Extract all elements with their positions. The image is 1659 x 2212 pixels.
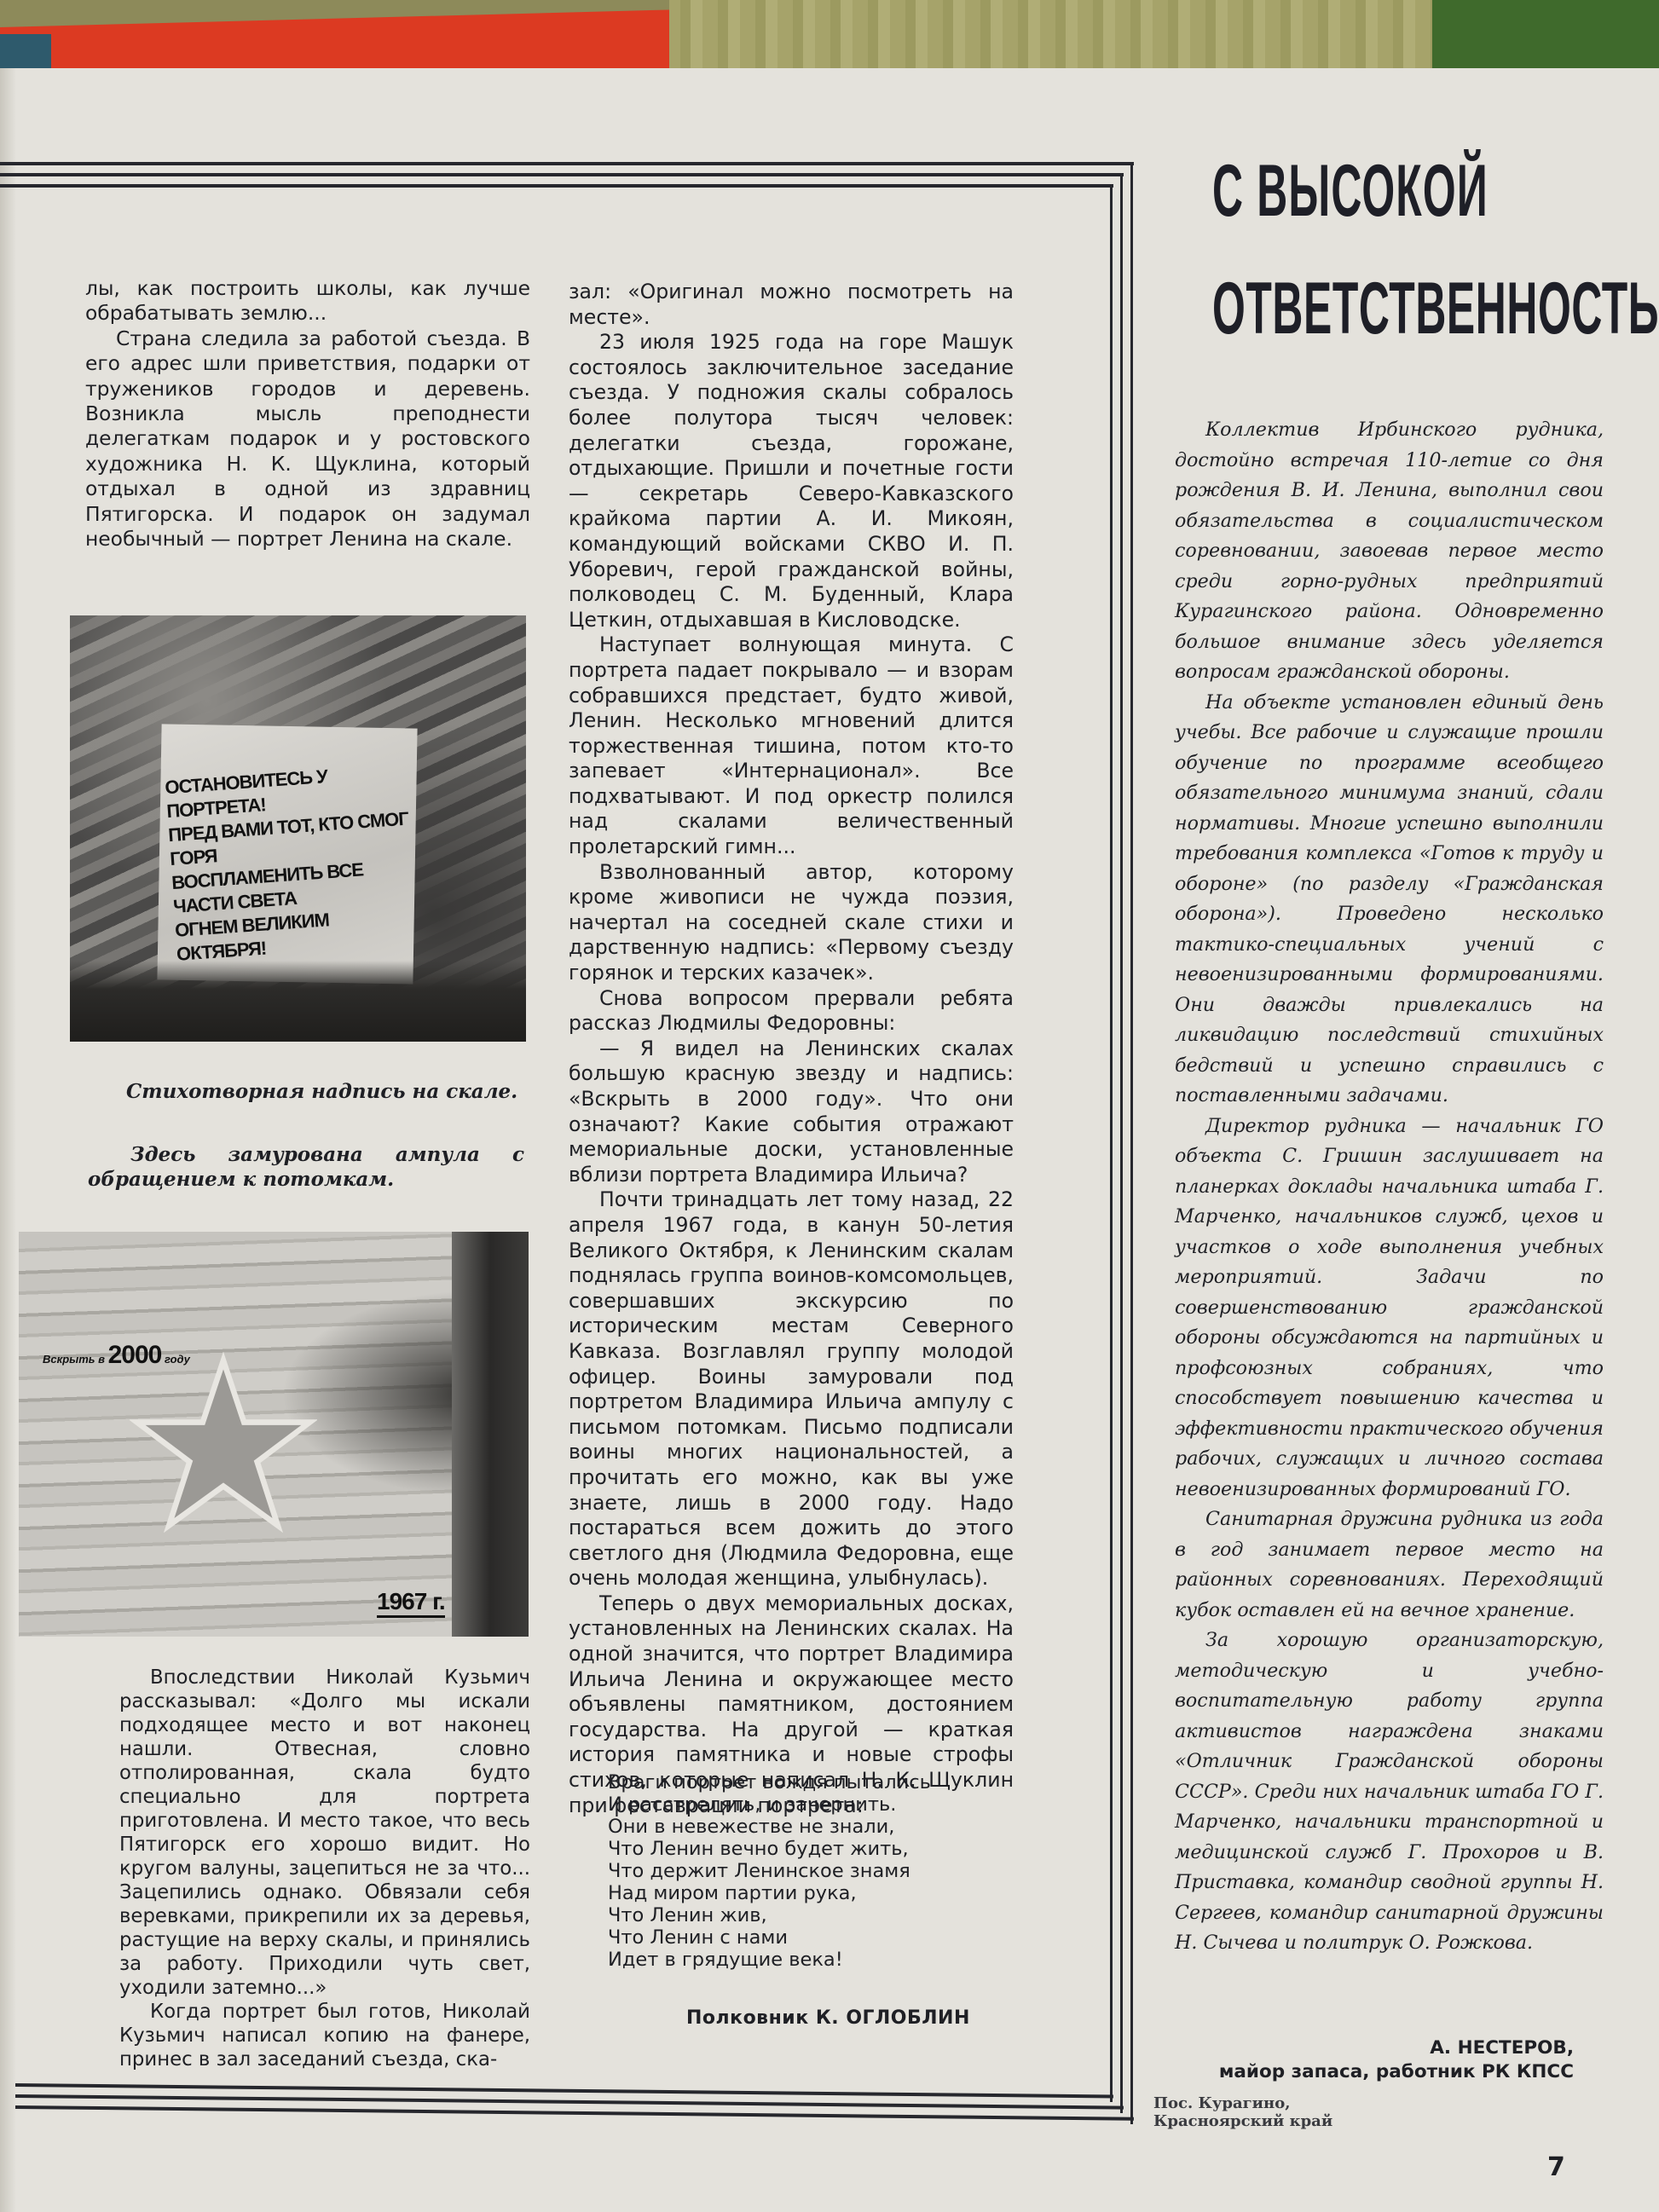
poem-line: Что Ленин жив, — [608, 1904, 931, 1926]
paragraph: Санитарная дружина рудника из года в год… — [1175, 1505, 1604, 1626]
right-column-text: Коллектив Ирбинского рудника, достойно в… — [1175, 415, 1604, 1959]
paragraph: — Я видел на Ленинских скалах большую кр… — [569, 1037, 1014, 1188]
paragraph: Когда портрет был готов, Николай Кузьмич… — [119, 2000, 530, 2071]
poem-line: Идет в грядущие века! — [608, 1949, 931, 1971]
paragraph: За хорошую организаторскую, методическую… — [1175, 1626, 1604, 1959]
headline-line-2: ОТВЕТСТВЕННОСТЬЮ — [1212, 267, 1659, 351]
dark-rock-edge — [452, 1232, 529, 1637]
frame-line-top-1 — [0, 162, 1134, 165]
headline-line-1: С ВЫСОКОЙ — [1212, 149, 1488, 234]
poem-line: Они в невежестве не знали, — [608, 1816, 931, 1838]
photo2-caption: Здесь замурована ампула с обращением к п… — [88, 1142, 524, 1192]
place-line: Пос. Курагино, — [1153, 2094, 1332, 2112]
frame-line-right-2 — [1120, 173, 1123, 2113]
poem-line: Враги портрет вождя пытались — [608, 1771, 931, 1793]
background-blue-book — [0, 34, 51, 68]
photo1-caption: Стихотворная надпись на скале. — [126, 1079, 517, 1104]
paragraph: 23 июля 1925 года на горе Машук состояло… — [569, 330, 1014, 632]
paragraph: зал: «Оригинал можно посмотреть на месте… — [569, 280, 1014, 330]
plaque-verse: Остановитесь у портрета! Пред вами тот, … — [165, 759, 425, 967]
grass-foreground — [70, 961, 526, 1042]
background-wood-table — [665, 0, 1432, 68]
plate-year: 1967 г. — [377, 1588, 445, 1618]
poem: Враги портрет вождя пытались И расстреля… — [608, 1771, 931, 1971]
dateline-place: Пос. Курагино, Красноярский край — [1153, 2094, 1332, 2130]
poem-line: Что Ленин вечно будет жить, — [608, 1838, 931, 1860]
paragraph: Коллектив Ирбинского рудника, достойно в… — [1175, 415, 1604, 688]
star-icon — [130, 1351, 317, 1539]
photo-star-plaque: Вскрыть в 2000 году 1967 г. — [19, 1232, 529, 1637]
paragraph: Страна следила за работой съезда. В его … — [85, 326, 530, 552]
page-number: 7 — [1547, 2152, 1565, 2182]
paragraph: Снова вопросом прервали ребята рассказ Л… — [569, 986, 1014, 1037]
paragraph: Директор рудника — начальник ГО объекта … — [1175, 1112, 1604, 1505]
paragraph: Впоследствии Николай Кузьмич рассказывал… — [119, 1666, 530, 2000]
photo-rock-inscription: Остановитесь у портрета! Пред вами тот, … — [70, 615, 526, 1042]
signature-title: майор запаса, работник РК КПСС — [1219, 2060, 1574, 2084]
poem-line: Над миром партии рука, — [608, 1882, 931, 1904]
background-green-book — [1432, 0, 1659, 68]
paragraph: Взволнованный автор, которому кроме живо… — [569, 860, 1014, 986]
frame-line-top-2 — [0, 173, 1124, 176]
poem-line: Что держит Ленинское знамя — [608, 1860, 931, 1882]
middle-column-text: зал: «Оригинал можно посмотреть на месте… — [569, 280, 1014, 1818]
left-column-top-text: лы, как построить школы, как лучше обраб… — [85, 276, 530, 552]
paragraph: Наступает волнующая минута. С портрета п… — [569, 632, 1014, 859]
frame-line-right-3 — [1110, 184, 1113, 2102]
left-article-signature: Полковник К. ОГЛОБЛИН — [686, 2007, 970, 2029]
poem-line: И расстрелять, и зачернить. — [608, 1793, 931, 1816]
frame-line-top-3 — [0, 184, 1113, 188]
place-line: Красноярский край — [1153, 2112, 1332, 2130]
paragraph: лы, как построить школы, как лучше обраб… — [85, 276, 530, 326]
page-gutter — [0, 68, 15, 2212]
poem-line: Что Ленин с нами — [608, 1926, 931, 1949]
paragraph: На объекте установлен единый день учебы.… — [1175, 688, 1604, 1112]
signature-name: А. НЕСТЕРОВ, — [1219, 2036, 1574, 2060]
right-article-signature: А. НЕСТЕРОВ, майор запаса, работник РК К… — [1219, 2036, 1574, 2084]
left-column-bottom-text: Впоследствии Николай Кузьмич рассказывал… — [119, 1666, 530, 2071]
frame-line-right-1 — [1130, 162, 1133, 2124]
open-text-prefix: Вскрыть в — [43, 1353, 105, 1366]
paragraph: Почти тринадцать лет тому назад, 22 апре… — [569, 1187, 1014, 1591]
